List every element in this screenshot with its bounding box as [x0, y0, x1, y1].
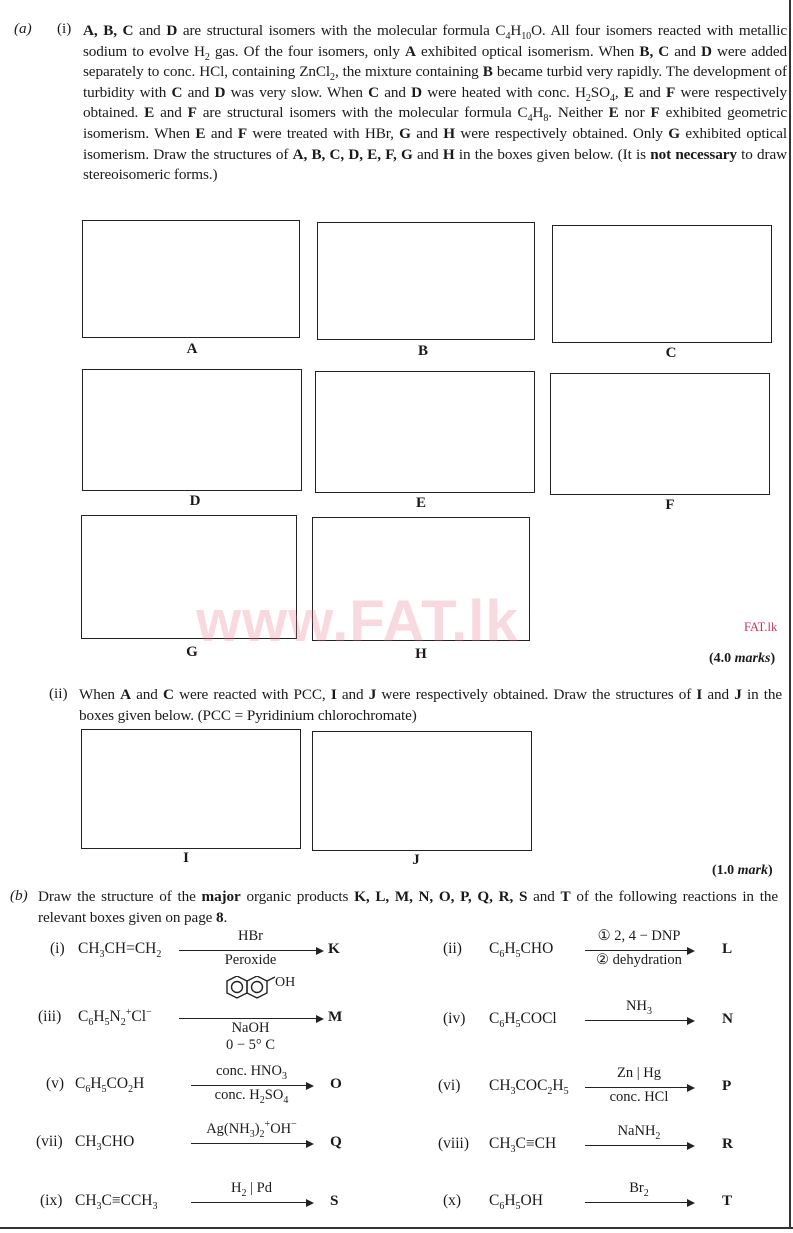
reagent-above: HBr	[179, 928, 322, 945]
reaction-product-R: R	[722, 1135, 733, 1153]
reaction-reactant: C6H5OH	[489, 1192, 543, 1210]
reaction-reactant: C6H5CO2H	[75, 1075, 144, 1093]
marks-unit: mark	[738, 863, 768, 878]
reaction-product-K: K	[328, 940, 340, 958]
box-label-E: E	[401, 495, 441, 512]
reaction-arrow	[191, 1202, 312, 1203]
page-right-border	[789, 0, 791, 1228]
reaction-product-Q: Q	[330, 1133, 342, 1151]
answer-box-D[interactable]	[82, 369, 302, 491]
box-label-A: A	[172, 341, 212, 358]
box-label-I: I	[166, 850, 206, 867]
reaction-reactant: CH3COC2H5	[489, 1077, 569, 1095]
watermark-small: FAT.lk	[744, 620, 777, 635]
reagent-below: conc. HCl	[585, 1089, 693, 1106]
answer-box-I[interactable]	[81, 729, 301, 849]
reagent-above: conc. HNO3	[191, 1063, 312, 1080]
answer-box-E[interactable]	[315, 371, 535, 493]
reaction-number: (i)	[50, 940, 65, 958]
reagent-below: Peroxide	[179, 952, 322, 969]
marks-a-i: (4.0 marks)	[709, 651, 775, 667]
reaction-reactant: C6H5N2+Cl−	[78, 1008, 152, 1026]
part-b-label: (b)	[10, 887, 28, 905]
reagent-below: conc. H2SO4	[191, 1087, 312, 1104]
reagent-above: H2 | Pd	[191, 1180, 312, 1197]
reaction-number: (x)	[443, 1192, 461, 1210]
reaction-reactant: CH3CHO	[75, 1133, 134, 1151]
marks-value: 1.0	[717, 863, 735, 878]
part-a-label: (a)	[14, 20, 32, 38]
marks-value: 4.0	[714, 651, 732, 666]
question-a-i-text: A, B, C and D are structural isomers wit…	[83, 21, 787, 186]
reaction-reactant: CH3CH=CH2	[78, 940, 161, 958]
sub-i-number: (i)	[57, 20, 71, 38]
answer-box-C[interactable]	[552, 225, 772, 343]
answer-box-J[interactable]	[312, 731, 532, 851]
reaction-product-T: T	[722, 1192, 732, 1210]
reaction-arrow	[585, 1145, 693, 1146]
box-label-H: H	[401, 646, 441, 663]
marks-a-ii: (1.0 mark)	[712, 863, 773, 879]
reaction-arrow	[191, 1143, 312, 1144]
reaction-number: (iv)	[443, 1010, 465, 1028]
reaction-product-M: M	[328, 1008, 342, 1026]
answer-box-A[interactable]	[82, 220, 300, 338]
reagent-above: Br2	[585, 1180, 693, 1197]
reaction-arrow	[585, 1020, 693, 1021]
reagent-below: NaOH0 − 5° C	[179, 1020, 322, 1054]
reaction-product-L: L	[722, 940, 732, 958]
reaction-number: (iii)	[38, 1008, 61, 1026]
reaction-number: (ix)	[40, 1192, 62, 1210]
box-label-F: F	[650, 497, 690, 514]
box-label-G: G	[172, 644, 212, 661]
reaction-number: (vii)	[36, 1133, 63, 1151]
reagent-above: ① 2, 4 − DNP	[585, 928, 693, 945]
reaction-number: (vi)	[438, 1077, 460, 1095]
reaction-reactant: C6H5COCl	[489, 1010, 557, 1028]
reagent-above: Zn | Hg	[585, 1065, 693, 1082]
reagent-below: ② dehydration	[585, 952, 693, 969]
reaction-product-S: S	[330, 1192, 338, 1210]
reagent-above: NaNH2	[585, 1123, 693, 1140]
box-label-B: B	[403, 343, 443, 360]
reaction-number: (viii)	[438, 1135, 469, 1153]
reaction-number: (ii)	[443, 940, 462, 958]
reaction-product-P: P	[722, 1077, 731, 1095]
answer-box-B[interactable]	[317, 222, 535, 340]
page-bottom-border	[0, 1227, 793, 1229]
svg-text:OH: OH	[275, 976, 295, 990]
question-a-ii-text: When A and C were reacted with PCC, I an…	[79, 685, 782, 726]
reagent-above: NH3	[585, 998, 693, 1015]
sub-ii-number: (ii)	[49, 685, 68, 703]
naphthol-structure-icon: OH	[217, 976, 307, 1011]
watermark: www.FAT.lk	[196, 588, 519, 655]
reaction-product-N: N	[722, 1010, 733, 1028]
box-label-D: D	[175, 493, 215, 510]
reagent-above: Ag(NH3)2+OH−	[191, 1121, 312, 1138]
question-b-text: Draw the structure of the major organic …	[38, 887, 778, 928]
reaction-reactant: CH3C≡CH	[489, 1135, 556, 1153]
answer-box-F[interactable]	[550, 373, 770, 495]
box-label-C: C	[651, 345, 691, 362]
box-label-J: J	[396, 852, 436, 869]
marks-unit: marks	[735, 651, 771, 666]
reaction-reactant: C6H5CHO	[489, 940, 553, 958]
reaction-arrow	[585, 1202, 693, 1203]
reaction-product-O: O	[330, 1075, 342, 1093]
reaction-number: (v)	[46, 1075, 64, 1093]
reaction-reactant: CH3C≡CCH3	[75, 1192, 158, 1210]
